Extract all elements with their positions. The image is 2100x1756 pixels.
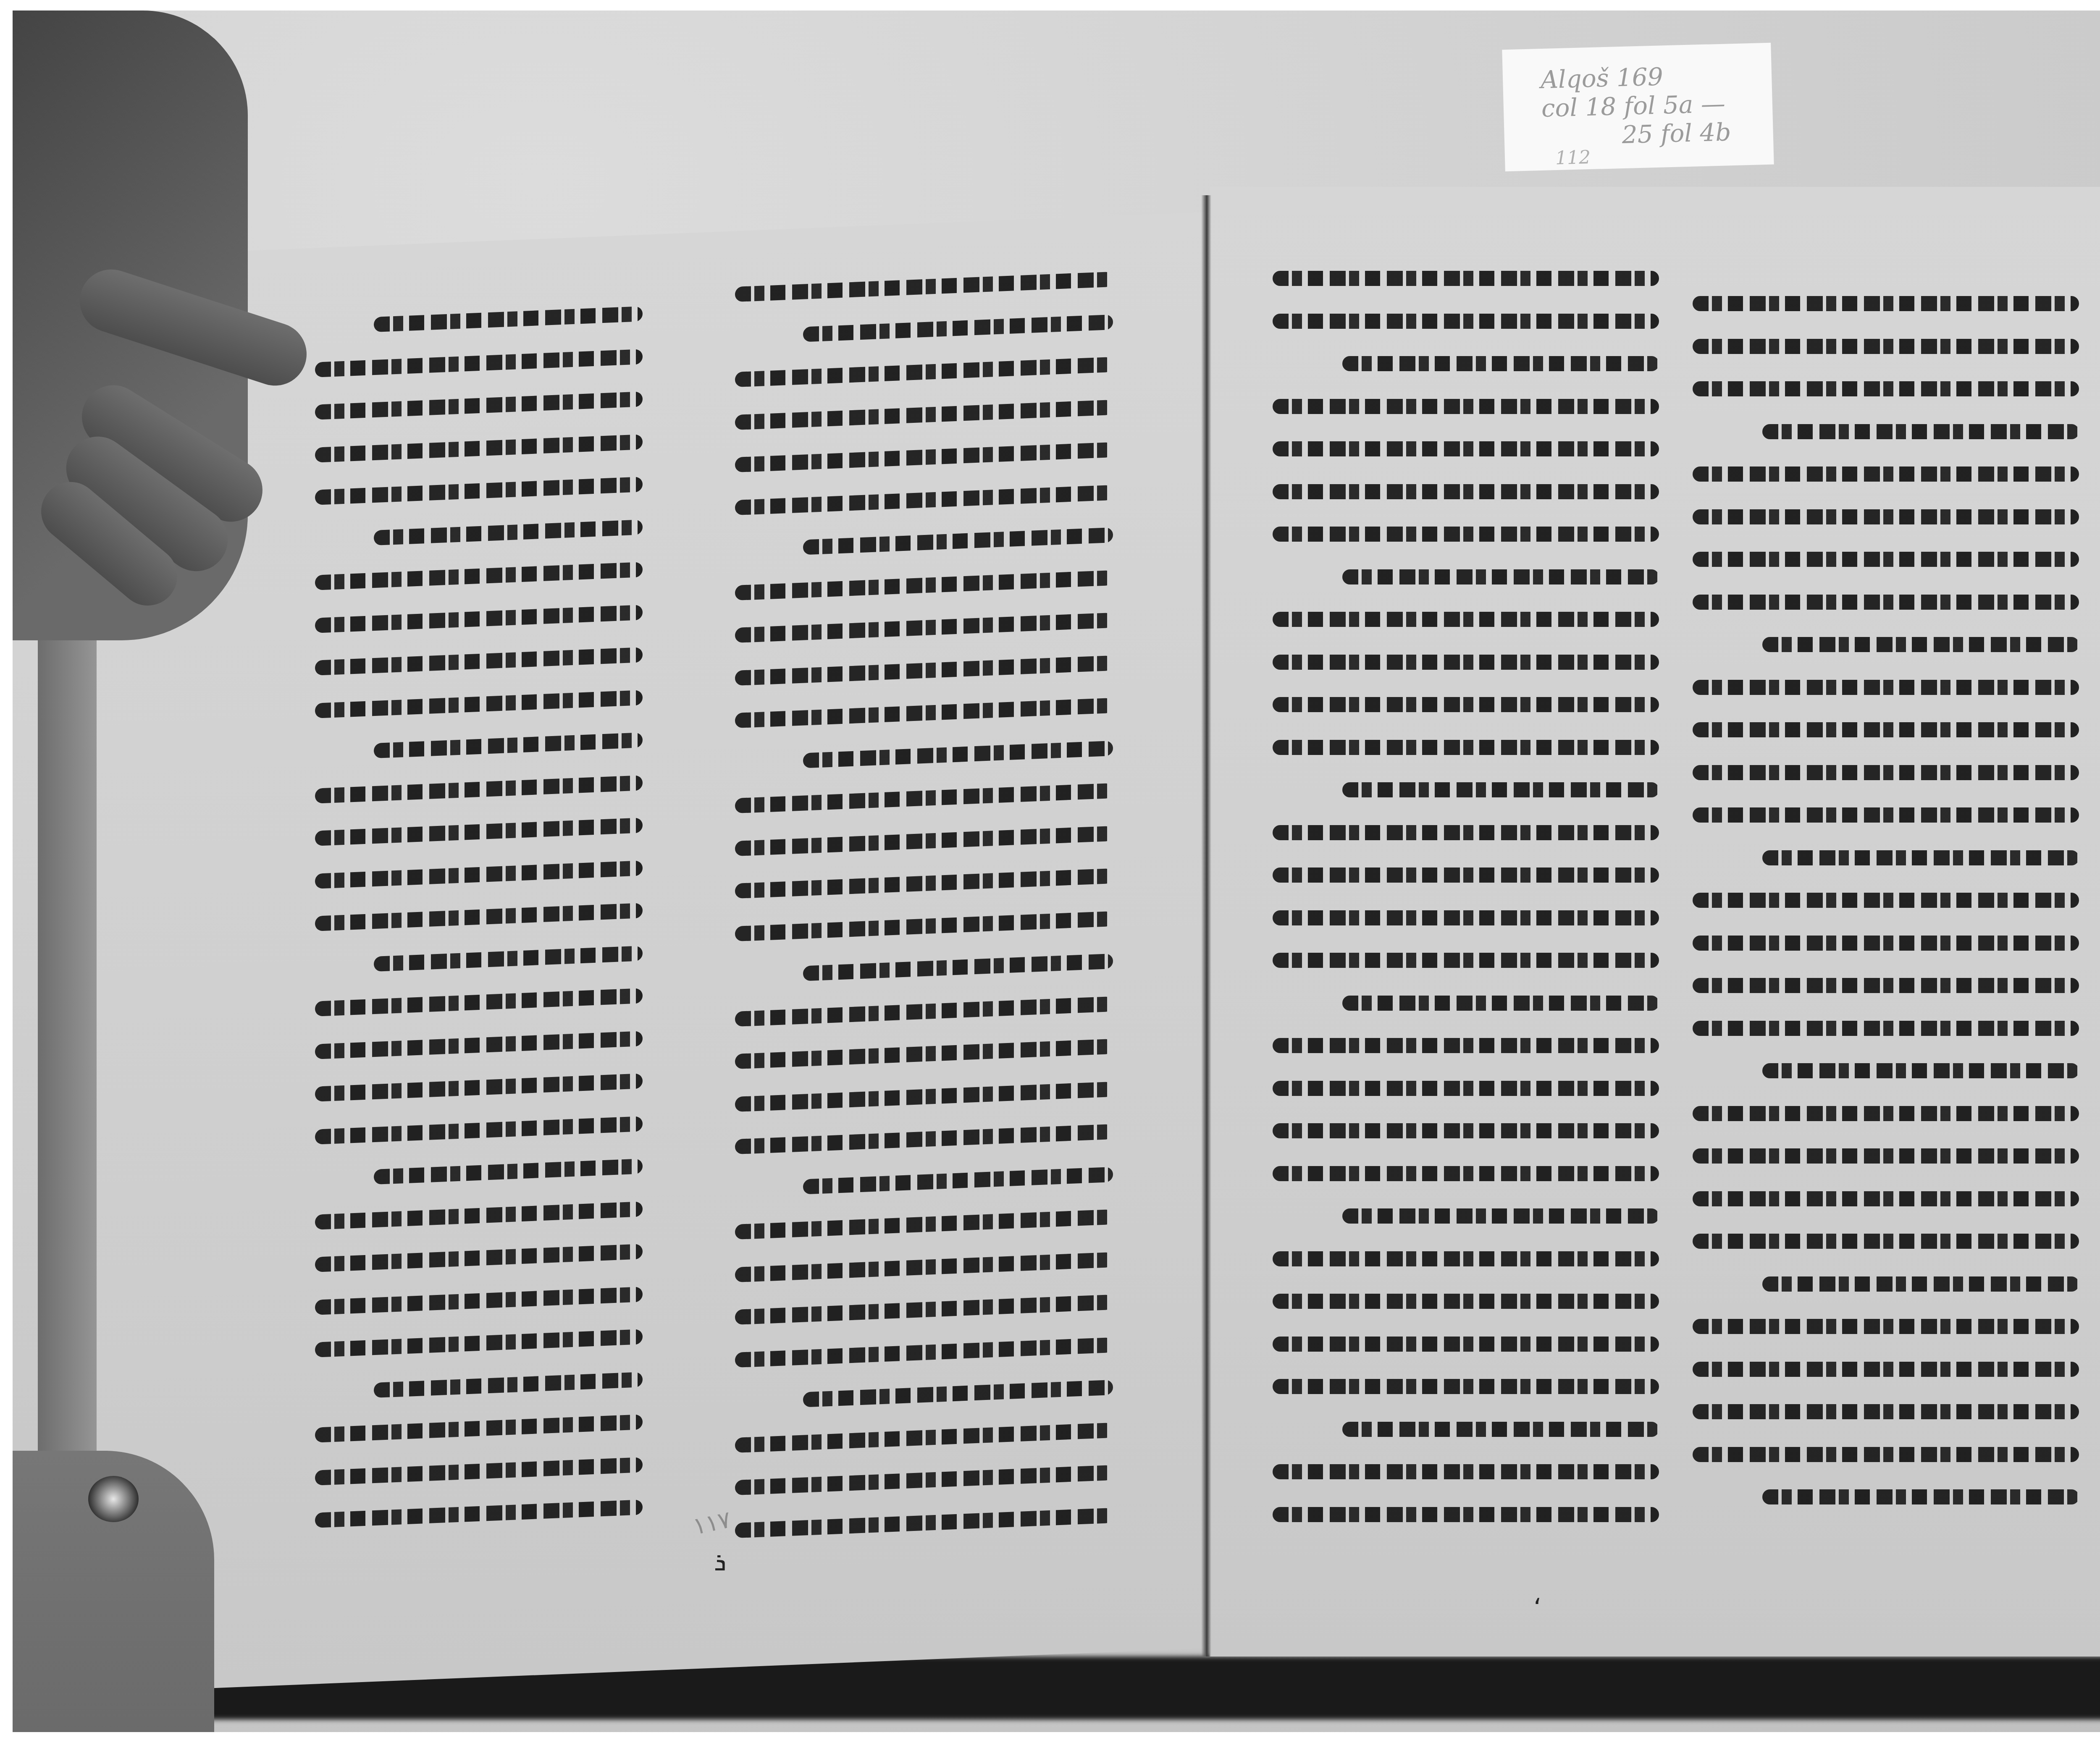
script-line <box>1273 1337 1659 1352</box>
script-line <box>1273 1379 1659 1394</box>
script-line <box>1342 996 1659 1011</box>
script-line <box>1693 552 2079 567</box>
script-line <box>735 1507 1113 1538</box>
script-line <box>315 1329 643 1357</box>
script-line <box>1273 1166 1659 1181</box>
script-line <box>735 655 1113 685</box>
script-line <box>374 519 643 545</box>
manuscript-photograph: ١١٧ ܪ ، Alqoš 169 col 18 fol 5a — 25 fol… <box>13 10 2100 1732</box>
script-line <box>1693 680 2079 695</box>
script-line <box>1342 356 1659 371</box>
script-line <box>735 1295 1113 1325</box>
script-line <box>1693 1404 2079 1419</box>
script-line <box>735 1337 1113 1367</box>
script-line <box>1273 910 1659 925</box>
script-line <box>1762 424 2079 439</box>
right-page-outer-column <box>1693 296 2079 1532</box>
script-line <box>315 1457 643 1485</box>
script-line <box>1273 1081 1659 1096</box>
script-line <box>735 570 1113 600</box>
script-line <box>1342 1422 1659 1437</box>
script-line <box>315 690 643 718</box>
script-line <box>735 485 1113 515</box>
script-line <box>1762 1063 2079 1078</box>
script-line <box>1693 893 2079 908</box>
ring-icon <box>88 1476 139 1522</box>
script-line <box>1693 339 2079 354</box>
script-line <box>315 903 643 931</box>
script-line <box>1693 381 2079 396</box>
script-line <box>315 1201 643 1229</box>
script-line <box>1693 1148 2079 1164</box>
script-line <box>315 605 643 633</box>
script-line <box>803 1380 1113 1407</box>
script-line <box>315 1499 643 1528</box>
script-line <box>315 818 643 846</box>
script-line <box>1273 868 1659 883</box>
script-line <box>315 391 643 419</box>
script-line <box>374 1158 643 1185</box>
script-line <box>735 1081 1113 1111</box>
script-line <box>735 1039 1113 1069</box>
right-page-bottom-mark: ، <box>1533 1581 1541 1610</box>
script-line <box>315 1073 643 1101</box>
script-line <box>735 868 1113 899</box>
script-line <box>1693 1191 2079 1206</box>
script-line <box>315 1287 643 1315</box>
script-line <box>1693 1362 2079 1377</box>
script-line <box>1693 1106 2079 1121</box>
script-line <box>1693 1319 2079 1334</box>
script-line <box>315 1031 643 1059</box>
script-line <box>315 1116 643 1144</box>
script-line <box>1693 936 2079 951</box>
script-line <box>1342 782 1659 797</box>
right-page-inner-column <box>1273 271 1659 1549</box>
script-line <box>1762 1276 2079 1292</box>
script-line <box>315 860 643 888</box>
script-line <box>1693 722 2079 737</box>
script-line <box>1273 953 1659 968</box>
script-line <box>315 1244 643 1272</box>
left-page-bottom-mark: ܪ <box>714 1547 726 1577</box>
script-line <box>735 442 1113 472</box>
script-line <box>315 775 643 803</box>
script-line <box>1273 1123 1659 1138</box>
script-line <box>735 783 1113 813</box>
script-line <box>735 826 1113 856</box>
script-line <box>735 613 1113 643</box>
script-line <box>1273 825 1659 840</box>
left-page-outer-column <box>315 306 643 1555</box>
script-line <box>735 399 1113 430</box>
script-line <box>735 1252 1113 1282</box>
script-line <box>735 1124 1113 1154</box>
script-line <box>1273 271 1659 286</box>
script-line <box>315 477 643 505</box>
script-line <box>1693 807 2079 823</box>
script-line <box>374 946 643 972</box>
script-line <box>1693 1021 2079 1036</box>
script-line <box>735 911 1113 941</box>
script-line <box>1762 850 2079 865</box>
script-line <box>1693 467 2079 482</box>
script-line <box>1273 527 1659 542</box>
script-line <box>1273 484 1659 499</box>
script-line <box>1693 1234 2079 1249</box>
script-line <box>315 349 643 377</box>
catalogue-label: Alqoš 169 col 18 fol 5a — 25 fol 4b 112 <box>1502 43 1774 172</box>
script-line <box>315 647 643 675</box>
script-line <box>315 434 643 462</box>
script-line <box>1693 1447 2079 1462</box>
script-line <box>803 740 1113 768</box>
script-line <box>1342 1208 1659 1224</box>
script-line <box>1273 740 1659 755</box>
script-line <box>1693 595 2079 610</box>
script-line <box>1762 637 2079 652</box>
script-line <box>1273 697 1659 712</box>
book-gutter <box>1201 195 1211 1656</box>
script-line <box>374 1372 643 1398</box>
script-line <box>374 732 643 758</box>
script-line <box>315 1414 643 1442</box>
script-line <box>735 1422 1113 1452</box>
script-line <box>803 954 1113 981</box>
script-line <box>803 527 1113 555</box>
script-line <box>315 988 643 1016</box>
label-line-number: 112 <box>1555 143 1591 173</box>
script-line <box>1693 978 2079 993</box>
script-line <box>735 1209 1113 1240</box>
script-line <box>1273 1464 1659 1479</box>
script-line <box>1273 441 1659 456</box>
left-page-inner-column <box>735 272 1113 1565</box>
script-line <box>1273 655 1659 670</box>
script-line <box>1273 399 1659 414</box>
script-line <box>1273 612 1659 627</box>
script-line <box>1273 1507 1659 1522</box>
script-line <box>1273 1294 1659 1309</box>
script-line <box>735 357 1113 387</box>
script-line <box>1273 1251 1659 1266</box>
script-line <box>803 314 1113 342</box>
script-line <box>1693 509 2079 524</box>
script-line <box>315 562 643 590</box>
script-line <box>1693 765 2079 780</box>
script-line <box>735 1465 1113 1495</box>
script-line <box>735 698 1113 728</box>
script-line <box>1273 314 1659 329</box>
script-line <box>803 1166 1113 1194</box>
script-line <box>735 996 1113 1026</box>
script-line <box>1342 569 1659 584</box>
script-line <box>1762 1489 2079 1504</box>
script-line <box>1693 296 2079 311</box>
script-line <box>1273 1038 1659 1053</box>
